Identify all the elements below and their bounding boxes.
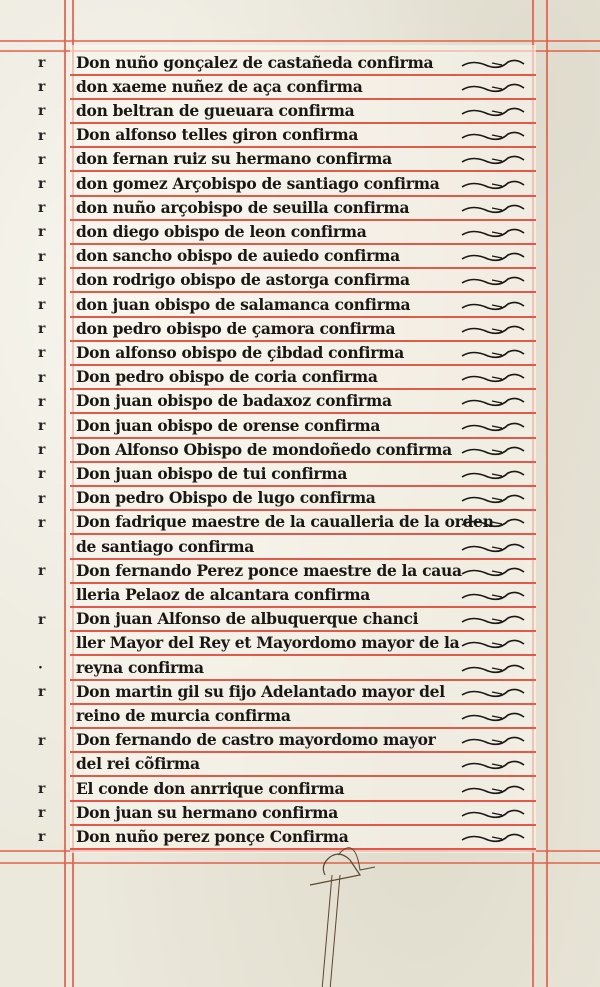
line-text: Don juan obispo de orense confirma (76, 416, 380, 435)
manuscript-line: ller Mayor del Rey et Mayordomo mayor de… (70, 632, 536, 657)
margin-mark: r (38, 515, 45, 531)
manuscript-page: Don nuño gonçalez de castañeda confirmad… (0, 0, 600, 987)
line-filler-flourish-icon (458, 300, 528, 312)
line-text: El conde don anrrique confirma (76, 779, 344, 798)
line-filler-flourish-icon (458, 832, 528, 844)
line-filler-flourish-icon (458, 154, 528, 166)
manuscript-line: don fernan ruiz su hermano confirma (70, 148, 536, 173)
manuscript-line: del rei cõfirma (70, 753, 536, 778)
line-text: don nuño arçobispo de seuilla confirma (76, 198, 409, 217)
line-text: Don juan obispo de badaxoz confirma (76, 391, 392, 410)
manuscript-line: Don martin gil su fijo Adelantado mayor … (70, 680, 536, 705)
margin-rule-left-outer (64, 0, 66, 987)
line-text: lleria Pelaoz de alcantara confirma (76, 585, 370, 604)
line-text: Don nuño gonçalez de castañeda confirma (76, 53, 433, 72)
manuscript-line: don pedro obispo de çamora confirma (70, 317, 536, 342)
line-filler-flourish-icon (458, 275, 528, 287)
line-text: Don alfonso telles giron confirma (76, 125, 358, 144)
margin-mark: r (38, 249, 45, 265)
line-filler-flourish-icon (458, 348, 528, 360)
line-text: don sancho obispo de auiedo confirma (76, 246, 400, 265)
line-text: Don juan obispo de tui confirma (76, 464, 347, 483)
line-text: Don pedro obispo de coria confirma (76, 367, 378, 386)
line-filler-flourish-icon (458, 324, 528, 336)
line-filler-flourish-icon (458, 808, 528, 820)
line-filler-flourish-icon (458, 372, 528, 384)
line-text: don juan obispo de salamanca confirma (76, 295, 410, 314)
margin-mark: r (38, 224, 45, 240)
manuscript-line: don gomez Arçobispo de santiago confirma (70, 172, 536, 197)
line-filler-flourish-icon (458, 396, 528, 408)
line-filler-flourish-icon (458, 251, 528, 263)
line-text: reino de murcia confirma (76, 706, 291, 725)
manuscript-line: don xaeme nuñez de aça confirma (70, 75, 536, 100)
margin-mark: r (38, 321, 45, 337)
line-text: don diego obispo de leon confirma (76, 222, 367, 241)
line-filler-flourish-icon (458, 58, 528, 70)
line-filler-flourish-icon (458, 421, 528, 433)
manuscript-line: Don alfonso obispo de çibdad confirma (70, 341, 536, 366)
manuscript-line: reyna confirma (70, 656, 536, 681)
margin-mark: r (38, 273, 45, 289)
manuscript-line: El conde don anrrique confirma (70, 777, 536, 802)
pen-sketch-drawing (300, 845, 380, 987)
margin-mark: r (38, 128, 45, 144)
line-filler-flourish-icon (458, 590, 528, 602)
line-text: reyna confirma (76, 658, 204, 677)
margin-mark: r (38, 612, 45, 628)
line-filler-flourish-icon (458, 711, 528, 723)
line-filler-flourish-icon (458, 735, 528, 747)
line-text: Don Alfonso Obispo de mondoñedo confirma (76, 440, 452, 459)
manuscript-line: don diego obispo de leon confirma (70, 220, 536, 245)
margin-mark: r (38, 805, 45, 821)
margin-mark: r (38, 370, 45, 386)
manuscript-line: Don juan su hermano confirma (70, 801, 536, 826)
line-filler-flourish-icon (458, 663, 528, 675)
line-filler-flourish-icon (458, 542, 528, 554)
manuscript-line: Don fernando Perez ponce maestre de la c… (70, 559, 536, 584)
margin-mark: r (38, 733, 45, 749)
line-text: Don alfonso obispo de çibdad confirma (76, 343, 404, 362)
manuscript-line: Don fadrique maestre de la caualleria de… (70, 511, 536, 536)
manuscript-line: de santiago confirma (70, 535, 536, 560)
manuscript-line: Don juan obispo de tui confirma (70, 462, 536, 487)
line-text: don gomez Arçobispo de santiago confirma (76, 174, 439, 193)
margin-mark: r (38, 563, 45, 579)
line-text: don rodrigo obispo de astorga confirma (76, 270, 410, 289)
manuscript-line: Don pedro obispo de coria confirma (70, 366, 536, 391)
margin-mark: r (38, 79, 45, 95)
margin-mark: r (38, 442, 45, 458)
line-filler-flourish-icon (458, 517, 528, 529)
manuscript-line: lleria Pelaoz de alcantara confirma (70, 583, 536, 608)
line-filler-flourish-icon (458, 179, 528, 191)
margin-mark: r (38, 491, 45, 507)
margin-mark: r (38, 394, 45, 410)
line-text: de santiago confirma (76, 537, 254, 556)
line-text: Don juan su hermano confirma (76, 803, 338, 822)
manuscript-line: Don juan obispo de badaxoz confirma (70, 390, 536, 415)
margin-mark: r (38, 684, 45, 700)
manuscript-line: reino de murcia confirma (70, 704, 536, 729)
margin-mark: r (38, 297, 45, 313)
line-filler-flourish-icon (458, 203, 528, 215)
manuscript-line: Don alfonso telles giron confirma (70, 124, 536, 149)
line-filler-flourish-icon (458, 687, 528, 699)
margin-mark: r (38, 103, 45, 119)
line-filler-flourish-icon (458, 130, 528, 142)
line-filler-flourish-icon (458, 759, 528, 771)
margin-mark: r (38, 781, 45, 797)
manuscript-line: don nuño arçobispo de seuilla confirma (70, 196, 536, 221)
line-filler-flourish-icon (458, 784, 528, 796)
margin-mark: r (38, 152, 45, 168)
manuscript-line: don juan obispo de salamanca confirma (70, 293, 536, 318)
line-filler-flourish-icon (458, 638, 528, 650)
manuscript-line: don rodrigo obispo de astorga confirma (70, 269, 536, 294)
margin-mark: r (38, 345, 45, 361)
manuscript-line: don beltran de gueuara confirma (70, 99, 536, 124)
line-filler-flourish-icon (458, 227, 528, 239)
line-text: don xaeme nuñez de aça confirma (76, 77, 362, 96)
line-filler-flourish-icon (458, 493, 528, 505)
line-filler-flourish-icon (458, 445, 528, 457)
line-text: Don pedro Obispo de lugo confirma (76, 488, 376, 507)
line-filler-flourish-icon (458, 566, 528, 578)
line-text: Don martin gil su fijo Adelantado mayor … (76, 682, 445, 701)
line-text: Don fernando de castro mayordomo mayor (76, 730, 435, 749)
line-filler-flourish-icon (458, 614, 528, 626)
line-text: Don juan Alfonso de albuquerque chanci (76, 609, 418, 628)
line-text: Don fadrique maestre de la caualleria de… (76, 512, 494, 531)
margin-mark: · (38, 660, 43, 676)
line-text: Don fernando Perez ponce maestre de la c… (76, 561, 462, 580)
line-text: don beltran de gueuara confirma (76, 101, 354, 120)
margin-mark: r (38, 176, 45, 192)
margin-mark: r (38, 200, 45, 216)
manuscript-line: Don nuño gonçalez de castañeda confirma (70, 51, 536, 76)
margin-mark: r (38, 418, 45, 434)
manuscript-line: Don pedro Obispo de lugo confirma (70, 487, 536, 512)
margin-rule-right-outer (546, 0, 548, 987)
line-text: del rei cõfirma (76, 754, 200, 773)
line-text: don pedro obispo de çamora confirma (76, 319, 395, 338)
margin-mark: r (38, 55, 45, 71)
text-block: Don nuño gonçalez de castañeda confirmad… (70, 45, 536, 853)
manuscript-line: Don juan obispo de orense confirma (70, 414, 536, 439)
line-text: ller Mayor del Rey et Mayordomo mayor de… (76, 633, 459, 652)
margin-mark: r (38, 466, 45, 482)
top-rule-outer (0, 40, 600, 42)
line-filler-flourish-icon (458, 106, 528, 118)
manuscript-line: don sancho obispo de auiedo confirma (70, 245, 536, 270)
manuscript-line: Don Alfonso Obispo de mondoñedo confirma (70, 438, 536, 463)
manuscript-line: Don juan Alfonso de albuquerque chanci (70, 608, 536, 633)
line-filler-flourish-icon (458, 82, 528, 94)
manuscript-line: Don fernando de castro mayordomo mayor (70, 729, 536, 754)
line-text: don fernan ruiz su hermano confirma (76, 149, 392, 168)
line-filler-flourish-icon (458, 469, 528, 481)
margin-mark: r (38, 829, 45, 845)
line-text: Don nuño perez ponçe Confirma (76, 827, 348, 846)
